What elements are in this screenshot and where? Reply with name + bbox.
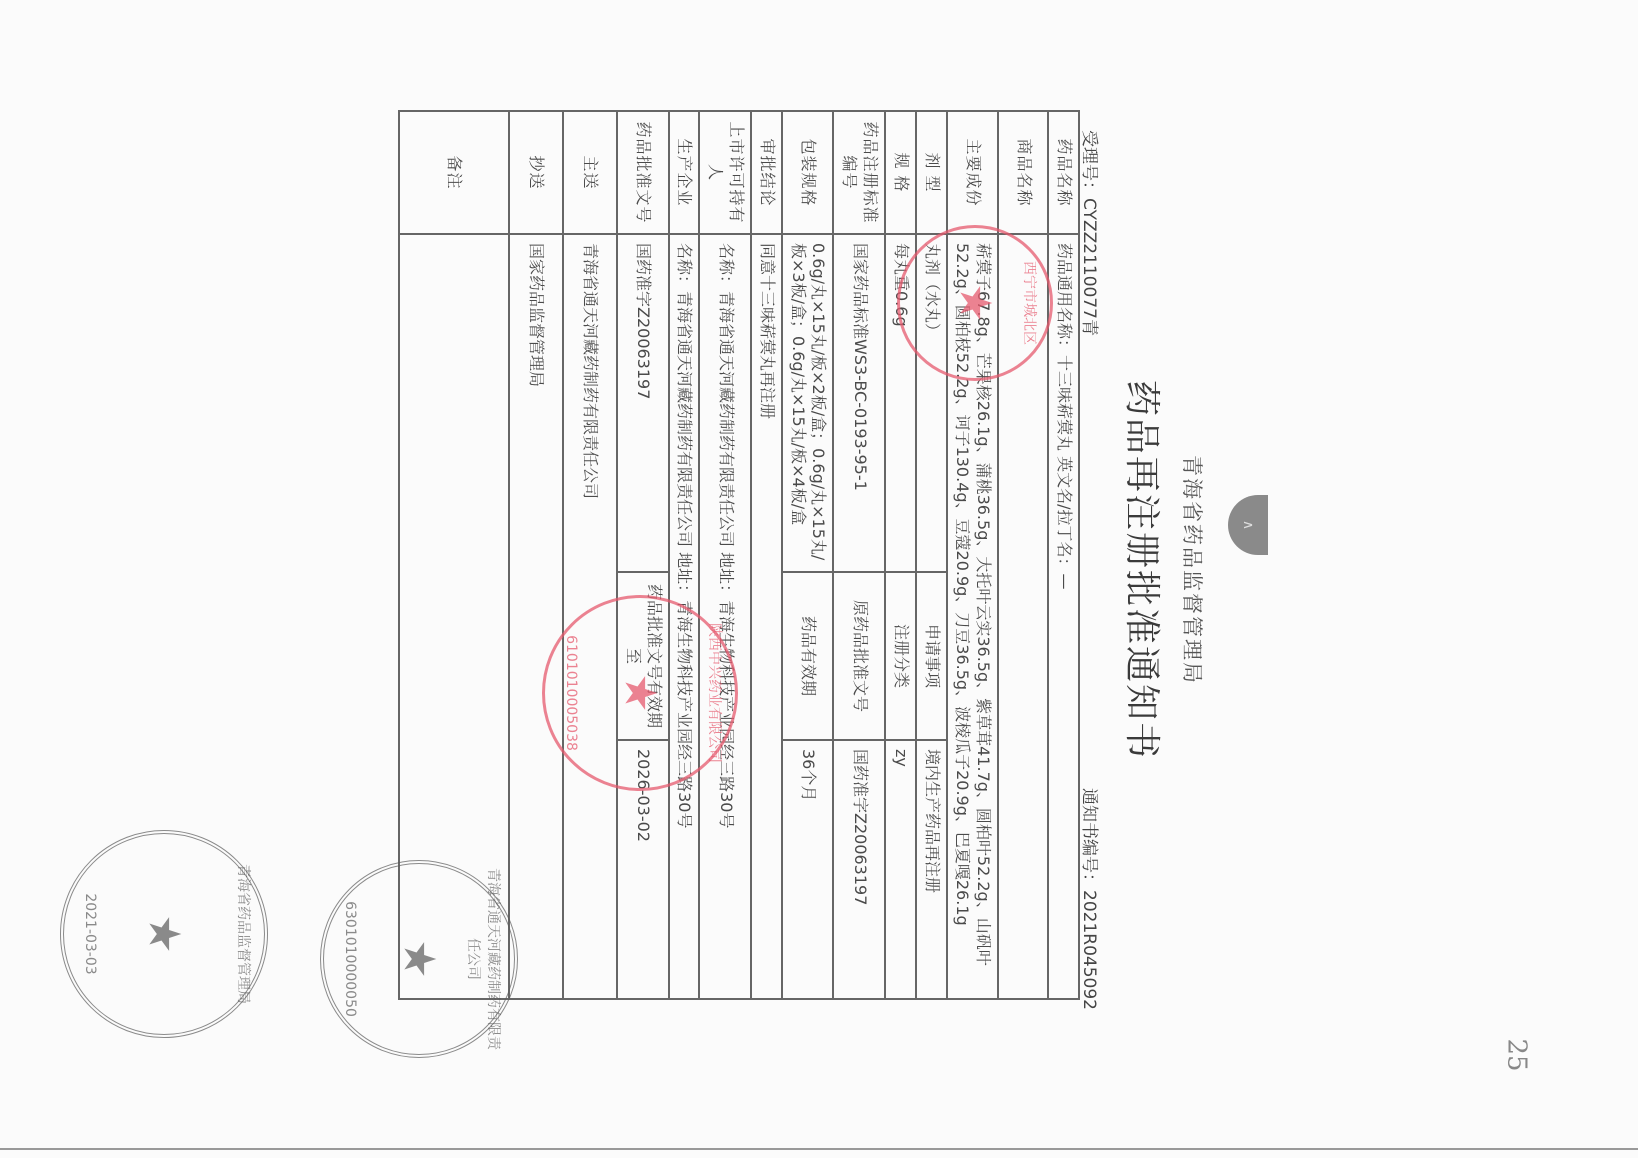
cell-value: 同意十三味菥蓂丸再注册	[751, 234, 782, 999]
cell-value: 36个月	[782, 740, 834, 999]
punch-tab-marker: ∧	[1228, 495, 1268, 555]
table-row: 药品注册标准编号 国家药品标准WS3-BC-0193-95-1 原药品批准文号 …	[833, 111, 885, 999]
table-row: 包装规格 0.6g/丸×15丸/板×2板/盒；0.6g/丸×15丸/板×3板/盒…	[782, 111, 834, 999]
registration-table: 药品名称 药品通用名称：十三味菥蓂丸 英文名/拉丁名：— 商品名称 主要成份 菥…	[398, 110, 1080, 1000]
cell-value	[399, 234, 509, 999]
cell-label: 主送	[563, 111, 617, 234]
cell-label: 商品名称	[998, 111, 1048, 234]
table-row: 药品名称 药品通用名称：十三味菥蓂丸 英文名/拉丁名：—	[1048, 111, 1079, 999]
cell-label: 申请事项	[916, 572, 947, 740]
scan-edge-line	[0, 1148, 1638, 1150]
table-row: 药品批准文号 国药准字Z20063197 药品批准文号有效期至 2026-03-…	[617, 111, 669, 999]
cell-value: 境内生产药品再注册	[916, 740, 947, 999]
cell-value: 国药准字Z20063197	[833, 740, 885, 999]
table-row: 抄送 国家药品监督管理局	[509, 111, 563, 999]
star-icon: ★	[139, 914, 190, 953]
table-row: 备注	[399, 111, 509, 999]
cell-value: 菥蓂子67.8g、芒果核26.1g、蒲桃36.5g、大托叶云实36.5g、紫草茸…	[947, 234, 999, 999]
cell-label: 注册分类	[885, 572, 916, 740]
cell-label: 规 格	[885, 111, 916, 234]
cell-value: zy	[885, 740, 916, 999]
table-row: 规 格 每丸重0.6g 注册分类 zy	[885, 111, 916, 999]
cell-label: 抄送	[509, 111, 563, 234]
table-row: 主要成份 菥蓂子67.8g、芒果核26.1g、蒲桃36.5g、大托叶云实36.5…	[947, 111, 999, 999]
cell-value: 国家药品监督管理局	[509, 234, 563, 999]
document-title: 药品再注册批准通知书	[1119, 70, 1170, 1070]
rotated-page: 青海省药品监督管理局 药品再注册批准通知书 受理号：CYZZ2110077青 通…	[208, 70, 1208, 1070]
table-row: 生产企业 名称：青海省通天河藏药制药有限责任公司 地址：青海生物科技产业园经三路…	[669, 111, 700, 999]
notice-number: 通知书编号：2021R045092	[1079, 788, 1104, 1010]
cell-label: 上市许可持有人	[699, 111, 751, 234]
cell-value: 丸剂（水丸）	[916, 234, 947, 572]
cell-label: 包装规格	[782, 111, 834, 234]
issuing-agency: 青海省药品监督管理局	[1178, 70, 1208, 1070]
scanned-document: 青海省药品监督管理局 药品再注册批准通知书 受理号：CYZZ2110077青 通…	[0, 0, 1638, 1158]
cell-label: 药品有效期	[782, 572, 834, 740]
cell-label: 药品名称	[1048, 111, 1079, 234]
cell-label: 生产企业	[669, 111, 700, 234]
table-row: 审批结论 同意十三味菥蓂丸再注册	[751, 111, 782, 999]
cell-value: 每丸重0.6g	[885, 234, 916, 572]
cell-value: 名称：青海省通天河藏药制药有限责任公司 地址：青海生物科技产业园经三路30号	[669, 234, 700, 999]
cell-label: 审批结论	[751, 111, 782, 234]
acceptance-number: 受理号：CYZZ2110077青	[1079, 130, 1104, 336]
cell-value: 国家药品标准WS3-BC-0193-95-1	[833, 234, 885, 572]
cell-label: 原药品批准文号	[833, 572, 885, 740]
cell-label: 备注	[399, 111, 509, 234]
cell-value: 国药准字Z20063197	[617, 234, 669, 572]
cell-value: 名称：青海省通天河藏药制药有限责任公司 地址：青海生物科技产业园经三路30号	[699, 234, 751, 999]
table-row: 剂 型 丸剂（水丸） 申请事项 境内生产药品再注册	[916, 111, 947, 999]
cell-label: 药品批准文号有效期至	[617, 572, 669, 740]
agency-seal: 青海省药品监督管理局 ★ 2021-03-03	[60, 830, 268, 1038]
cell-value: 0.6g/丸×15丸/板×2板/盒；0.6g/丸×15丸/板×3板/盒；0.6g…	[782, 234, 834, 572]
cell-value: 青海省通天河藏药制药有限责任公司	[563, 234, 617, 999]
table-row: 商品名称	[998, 111, 1048, 999]
cell-value	[998, 234, 1048, 999]
chevron-up-icon: ∧	[1240, 520, 1256, 530]
cell-label: 主要成份	[947, 111, 999, 234]
cell-value: 2026-03-02	[617, 740, 669, 999]
cell-value: 药品通用名称：十三味菥蓂丸 英文名/拉丁名：—	[1048, 234, 1079, 999]
handwritten-page-mark: 25	[1502, 1038, 1532, 1071]
table-row: 主送 青海省通天河藏药制药有限责任公司	[563, 111, 617, 999]
table-row: 上市许可持有人 名称：青海省通天河藏药制药有限责任公司 地址：青海生物科技产业园…	[699, 111, 751, 999]
cell-label: 药品批准文号	[617, 111, 669, 234]
cell-label: 剂 型	[916, 111, 947, 234]
cell-label: 药品注册标准编号	[833, 111, 885, 234]
